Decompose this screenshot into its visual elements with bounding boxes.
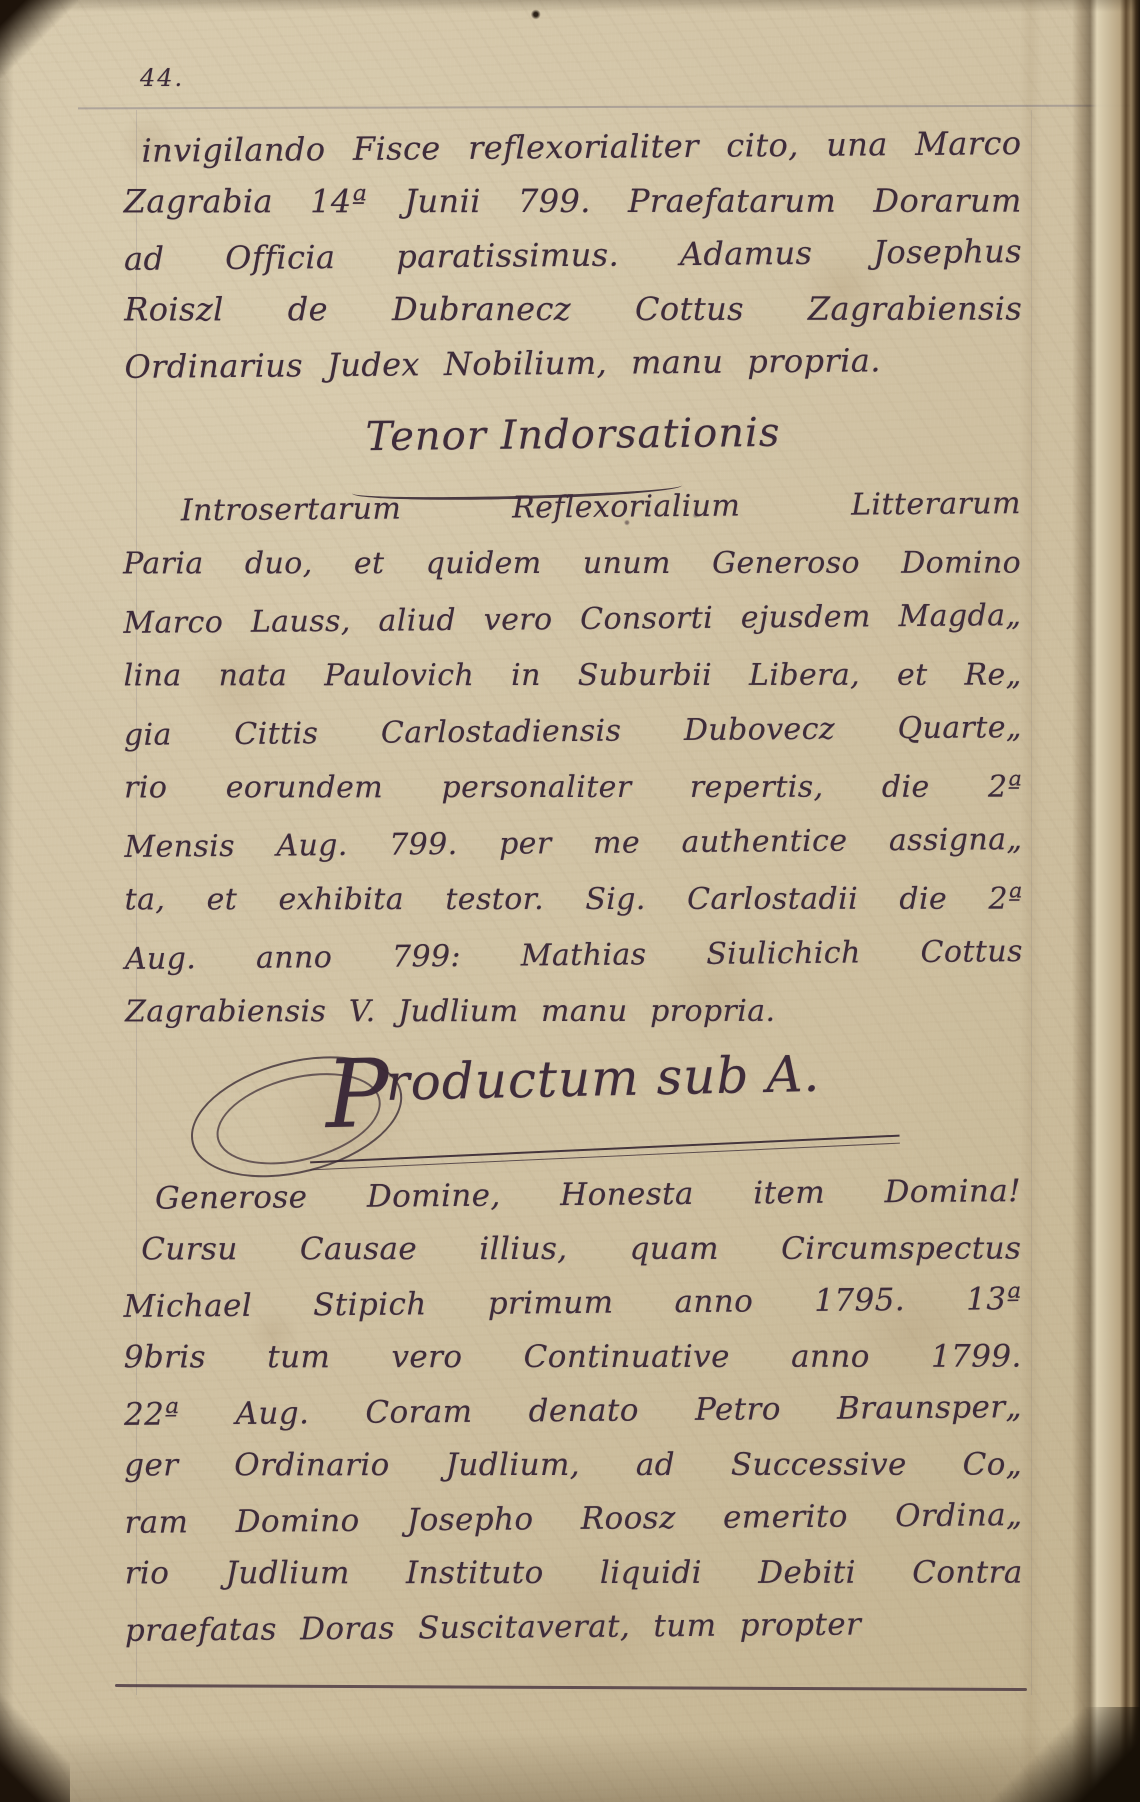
manuscript-line: 22ª Aug. Coram denato Petro Braunsper„: [124, 1380, 1022, 1442]
manuscript-line: Cursu Causae illius, quam Circumspectus: [123, 1222, 1021, 1277]
left-edge-shadow: [0, 0, 14, 1802]
dark-corner-top-left: [0, 0, 78, 78]
dark-corner-bottom-left: [0, 1682, 70, 1802]
manuscript-line: Zagrabia 14ª Junii 799. Praefatarum Dora…: [124, 174, 1022, 229]
manuscript-line: Michael Stipich primum anno 1795. 13ª: [123, 1272, 1021, 1334]
manuscript-line: Generose Domine, Honesta item Domina!: [123, 1164, 1021, 1226]
section-heading-tenor-indorsationis: Tenor Indorsationis: [124, 407, 1022, 462]
manuscript-line: invigilando Fisce reflexorialiter cito, …: [123, 116, 1021, 178]
heading-text: roductum sub A.: [385, 1045, 821, 1112]
dark-corner-bottom-right: [990, 1707, 1140, 1802]
manuscript-line: Paria duo, et quidem unum Generoso Domin…: [123, 536, 1021, 593]
manuscript-line: praefatas Doras Suscitaverat, tum propte…: [125, 1596, 1023, 1658]
manuscript-line: lina nata Paulovich in Suburbii Libera, …: [124, 648, 1022, 705]
manuscript-line: Introsertarum Reflexorialium Litterarum: [123, 476, 1021, 540]
manuscript-line: ad Officia paratissimus. Adamus Josephus: [124, 224, 1022, 286]
page-number: 44.: [140, 64, 184, 92]
manuscript-line: Aug. anno 799: Mathias Siulichich Cottus: [125, 924, 1023, 988]
manuscript-line: rio Judlium Instituto liquidi Debiti Con…: [125, 1546, 1023, 1601]
manuscript-line: ger Ordinario Judlium, ad Successive Co„: [124, 1438, 1022, 1493]
manuscript-line: ram Domino Josepho Roosz emerito Ordina„: [124, 1488, 1022, 1550]
paragraph-3: Generose Domine, Honesta item Domina! Cu…: [123, 1166, 1023, 1656]
manuscript-line: Marco Lauss, aliud vero Consorti ejusdem…: [123, 588, 1021, 652]
manuscript-line: rio eorundem personaliter repertis, die …: [124, 760, 1022, 817]
paragraph-2: Introsertarum Reflexorialium Litterarum …: [123, 478, 1023, 1042]
manuscript-line: ta, et exhibita testor. Sig. Carlostadii…: [125, 872, 1023, 929]
ornamental-initial: P: [325, 1065, 390, 1126]
bottom-edge-shadow: [0, 1732, 1140, 1802]
manuscript-line: 9bris tum vero Continuative anno 1799.: [124, 1330, 1022, 1385]
manuscript-line: Mensis Aug. 799. per me authentice assig…: [124, 812, 1022, 876]
top-edge-shadow: [0, 0, 1140, 12]
manuscript-scan: 44. invigilando Fisce reflexorialiter ci…: [0, 0, 1140, 1802]
paragraph-1: invigilando Fisce reflexorialiter cito, …: [123, 118, 1022, 392]
manuscript-line: Roiszl de Dubranecz Cottus Zagrabiensis: [124, 282, 1022, 337]
manuscript-line: gia Cittis Carlostadiensis Dubovecz Quar…: [124, 700, 1022, 764]
manuscript-line: Zagrabiensis V. Judlium manu propria.: [125, 984, 1023, 1041]
manuscript-line: Ordinarius Judex Nobilium, manu propria.: [124, 332, 1022, 394]
